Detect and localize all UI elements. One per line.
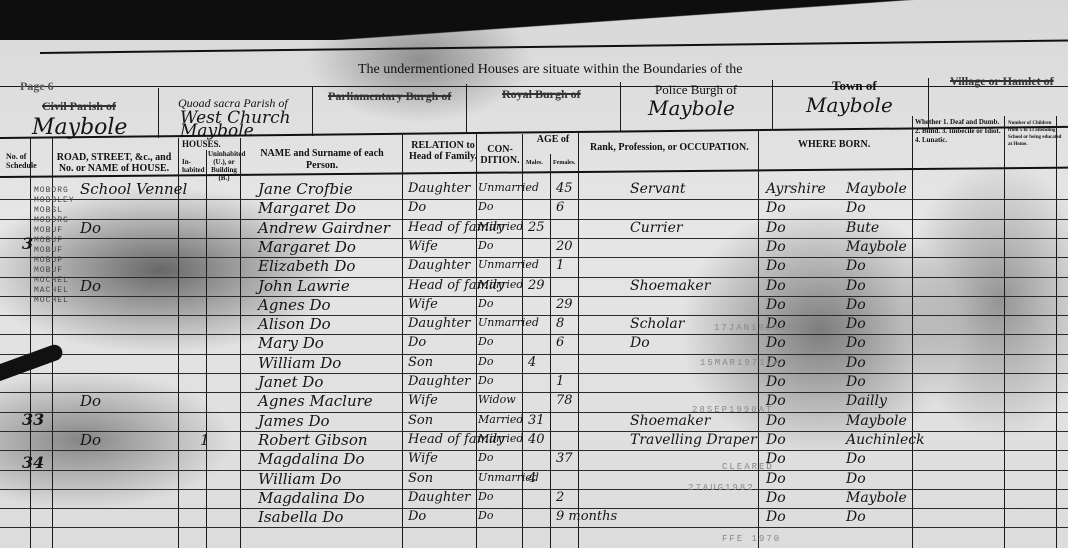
cell-name: Agnes Do [258, 298, 331, 313]
row-rule [0, 527, 1068, 528]
archive-stamp: 27AUG1982 [688, 483, 755, 493]
cell-name: Alison Do [258, 317, 331, 332]
cell-occupation: Scholar [630, 317, 684, 331]
cell-relation: Daughter [408, 317, 470, 330]
cell-born-parish: Maybole [846, 491, 907, 505]
cell-occupation: Currier [630, 221, 683, 235]
margin-code: MOBUF [34, 236, 63, 245]
archive-stamp: 28SEP1990AT [692, 405, 773, 415]
cell-born-county: Do [766, 510, 786, 524]
cell-name: Magdalina Do [258, 491, 364, 506]
cell-address: Do [80, 221, 101, 236]
cell-female-age: 1 [556, 259, 564, 272]
town-value: Maybole [806, 95, 893, 115]
cell-name: Isabella Do [258, 510, 343, 525]
cell-relation: Wife [408, 298, 438, 311]
col-divider [578, 132, 579, 548]
cell-female-age: 37 [556, 452, 573, 465]
cell-condition: Unmarried [478, 182, 539, 193]
row-rule [0, 334, 1068, 335]
archive-stamp: 17JAN1981LG [714, 323, 795, 333]
top-rule [40, 39, 1068, 54]
cell-relation: Wife [408, 452, 438, 465]
cell-relation: Daughter [408, 182, 470, 195]
col-schedule: No. of Schedule [6, 152, 30, 170]
cell-born-county: Do [766, 336, 786, 350]
cell-condition: Widow [478, 394, 516, 405]
col-divider [522, 134, 523, 548]
cell-female-age: 6 [556, 201, 564, 214]
cell-condition: Do [478, 356, 493, 367]
cell-name: William Do [258, 472, 341, 487]
header-divider [466, 84, 467, 134]
cell-relation: Daughter [408, 259, 470, 272]
col-houses: HOUSES. [182, 140, 221, 149]
cell-relation: Daughter [408, 491, 470, 504]
cell-name: Mary Do [258, 336, 324, 351]
cell-condition: Do [478, 491, 493, 502]
col-road: ROAD, STREET, &c., and No. or NAME of HO… [54, 152, 174, 174]
cell-born-parish: Do [846, 317, 866, 331]
schedule-number: 34 [22, 455, 44, 471]
cell-relation: Do [408, 510, 426, 523]
cell-female-age: 78 [556, 394, 573, 407]
row-rule [0, 508, 1068, 509]
col-divider [1056, 116, 1057, 548]
cell-name: Margaret Do [258, 201, 356, 216]
schedule-number: 33 [22, 412, 44, 428]
margin-code: MOBORG [34, 216, 69, 225]
row-rule [0, 296, 1068, 297]
archive-stamp: 15MAR1971LA [700, 358, 781, 368]
cell-name: Margaret Do [258, 240, 356, 255]
cell-condition: Married [478, 279, 523, 290]
cell-female-age: 2 [556, 491, 564, 504]
archive-stamp: CLEARED [722, 462, 774, 472]
cell-female-age: 9 months [556, 510, 617, 523]
cell-condition: Do [478, 240, 493, 251]
col-divider [402, 134, 403, 548]
col-age: AGE of [533, 134, 573, 145]
cell-inhabited: 1 [200, 433, 210, 448]
title-line: The undermentioned Houses are situate wi… [358, 63, 743, 77]
cell-condition: Married [478, 433, 523, 444]
cell-address: Do [80, 433, 101, 448]
cell-name: Agnes Maclure [258, 394, 373, 409]
row-rule [0, 450, 1068, 451]
cell-born-county: Do [766, 414, 786, 428]
cell-born-county: Do [766, 221, 786, 235]
col-uninhabited: Uninhabited (U.), or Building (B.) [208, 150, 240, 182]
cell-address: Do [80, 394, 101, 409]
cell-born-parish: Do [846, 375, 866, 389]
schedule-number: 3 [22, 236, 33, 252]
cell-born-parish: Do [846, 510, 866, 524]
cell-born-parish: Maybole [846, 240, 907, 254]
row-rule [0, 199, 1068, 200]
cell-born-county: Do [766, 433, 786, 447]
cell-relation: Do [408, 201, 426, 214]
cell-name: Janet Do [258, 375, 323, 390]
col-whether: Whether 1. Deaf and Dumb. 2. Blind. 3. I… [915, 118, 1005, 145]
cell-male-age: 40 [528, 433, 545, 446]
col-males: Males. [526, 160, 543, 166]
col-children-school: Number of Children from 5 to 13 attendin… [1008, 120, 1063, 148]
margin-code: MOBORG [34, 186, 69, 195]
cell-born-county: Do [766, 201, 786, 215]
cell-male-age: 4 [528, 356, 536, 369]
cell-name: Magdalina Do [258, 452, 364, 467]
cell-born-county: Do [766, 279, 786, 293]
cell-female-age: 45 [556, 182, 573, 195]
cell-born-parish: Maybole [846, 414, 907, 428]
cell-born-county: Do [766, 259, 786, 273]
cell-relation: Do [408, 336, 426, 349]
cell-born-parish: Do [846, 298, 866, 312]
margin-code: MOBUF [34, 266, 63, 275]
cell-born-parish: Do [846, 279, 866, 293]
cell-condition: Do [478, 375, 493, 386]
cell-name: Elizabeth Do [258, 259, 355, 274]
cell-born-county: Do [766, 472, 786, 486]
cell-name: Andrew Gairdner [258, 221, 390, 236]
cell-born-parish: Do [846, 356, 866, 370]
cell-occupation: Do [630, 336, 650, 350]
cell-born-parish: Maybole [846, 182, 907, 196]
page-label: Page 6 [20, 80, 54, 92]
col-where-born: WHERE BORN. [798, 140, 870, 150]
cell-occupation: Travelling Draper [630, 433, 757, 447]
margin-code: MOBUP [34, 256, 63, 265]
cell-relation: Daughter [408, 375, 470, 388]
col-females: Females. [553, 160, 576, 166]
cell-address: School Vennel [80, 182, 187, 197]
cell-name: Robert Gibson [258, 433, 368, 448]
row-rule [0, 238, 1068, 239]
cell-occupation: Servant [630, 182, 685, 196]
cell-condition: Unmarried [478, 259, 539, 270]
cell-born-parish: Do [846, 336, 866, 350]
col-name: NAME and Surname of each Person. [252, 148, 392, 172]
col-relation: RELATION to Head of Family. [408, 140, 478, 162]
civil-parish-label: Civil Parish of [42, 100, 116, 112]
col-divider [758, 130, 759, 548]
cell-occupation: Shoemaker [630, 279, 710, 293]
pen-pointer-artifact [0, 343, 65, 382]
cell-relation: Son [408, 472, 433, 485]
cell-born-county: Ayrshire [766, 182, 826, 196]
cell-condition: Do [478, 298, 493, 309]
cell-female-age: 1 [556, 375, 564, 388]
cell-female-age: 20 [556, 240, 573, 253]
cell-male-age: 29 [528, 279, 545, 292]
margin-code: MOBSL [34, 206, 63, 215]
cell-born-county: Do [766, 491, 786, 505]
cell-name: James Do [258, 414, 330, 429]
margin-code: MOBBLEY [34, 196, 75, 205]
header-divider [620, 82, 621, 132]
cell-condition: Do [478, 510, 493, 521]
margin-code: MOCHEL [34, 276, 69, 285]
col-divider [476, 134, 477, 548]
cell-male-age: 25 [528, 221, 545, 234]
census-page: The undermentioned Houses are situate wi… [0, 0, 1068, 548]
cell-relation: Wife [408, 394, 438, 407]
row-rule [0, 489, 1068, 490]
cell-born-county: Do [766, 298, 786, 312]
cell-female-age: 6 [556, 336, 564, 349]
scan-top-shadow [0, 0, 1068, 40]
cell-condition: Unmarried [478, 317, 539, 328]
cell-relation: Son [408, 414, 433, 427]
col-inhabited: In-habited [182, 158, 204, 174]
cell-occupation: Shoemaker [630, 414, 710, 428]
cell-male-age: 4 [528, 472, 536, 485]
cell-born-parish: Dailly [846, 394, 887, 408]
cell-born-parish: Bute [846, 221, 879, 235]
cell-condition: Do [478, 201, 493, 212]
margin-code: MOBUF [34, 226, 63, 235]
parliamentary-burgh-label: Parliamentary Burgh of [328, 90, 451, 102]
cell-born-parish: Do [846, 472, 866, 486]
cell-condition: Married [478, 221, 523, 232]
cell-condition: Do [478, 336, 493, 347]
margin-code: MOBUF [34, 246, 63, 255]
police-burgh-label: Police Burgh of [655, 83, 737, 96]
col-divider [912, 116, 913, 548]
margin-code: MOCHEL [34, 296, 69, 305]
col-condition: CON-DITION. [480, 144, 520, 166]
cell-born-county: Do [766, 240, 786, 254]
cell-relation: Wife [408, 240, 438, 253]
cell-born-parish: Auchinleck [846, 433, 925, 447]
header-divider [158, 88, 159, 138]
town-label: Town of [832, 79, 877, 92]
cell-born-parish: Do [846, 259, 866, 273]
header-divider [312, 86, 313, 136]
header-divider [772, 80, 773, 130]
cell-male-age: 31 [528, 414, 545, 427]
cell-name: John Lawrie [258, 279, 350, 294]
cell-female-age: 29 [556, 298, 573, 311]
cell-name: William Do [258, 356, 341, 371]
cell-condition: Married [478, 414, 523, 425]
row-rule [0, 392, 1068, 393]
col-divider [1004, 116, 1005, 548]
row-rule [0, 373, 1068, 374]
cell-born-parish: Do [846, 201, 866, 215]
archive-stamp: FFE 1970 [722, 534, 781, 544]
cell-female-age: 8 [556, 317, 564, 330]
cell-born-county: Do [766, 375, 786, 389]
cell-relation: Son [408, 356, 433, 369]
cell-name: Jane Crofbie [258, 182, 353, 197]
cell-condition: Do [478, 452, 493, 463]
cell-address: Do [80, 279, 101, 294]
village-label: Village or Hamlet of [950, 75, 1054, 87]
col-occupation: Rank, Profession, or OCCUPATION. [590, 143, 749, 153]
royal-burgh-label: Royal Burgh of [502, 88, 581, 100]
police-burgh-value: Maybole [648, 98, 735, 118]
margin-code: MACHEL [34, 286, 69, 295]
cell-born-parish: Do [846, 452, 866, 466]
